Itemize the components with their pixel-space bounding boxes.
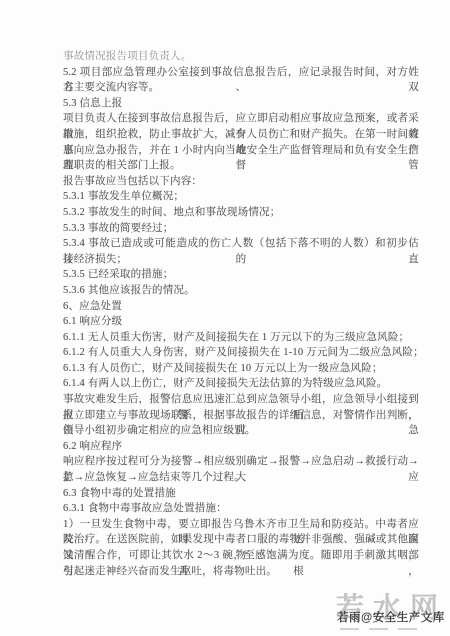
- doc-line: 5.3.4 事故已造成或可能造成的伤亡人数（包括下落不明的人数）和初步估计的直: [63, 236, 419, 252]
- doc-line: 事故情况报告项目负责人。: [63, 49, 419, 65]
- doc-line: 6.1.3 有人员伤亡，财产及间接损失在 10 万元以上为一级应急风险；: [63, 361, 419, 377]
- doc-line: 响应程序按过程可分为接警→相应级别确定→报警→应急启动→救援行动→扩大应: [63, 454, 419, 470]
- doc-line: 6、应急处置: [63, 299, 419, 315]
- doc-line: 5.3 信息上报: [63, 96, 419, 112]
- doc-line: 5.3.2 事故发生的时间、地点和事故现场情况；: [63, 205, 419, 221]
- doc-line: 院治疗。在送医院前，如果发现中毒者口服的毒物并非强酸、强碱或其他腐蚀物，: [63, 532, 419, 548]
- watermark: 若水网 若雨@安全生产文库: [328, 586, 448, 636]
- doc-line: 5.3.1 事故发生单位概况；: [63, 189, 419, 205]
- doc-line: 息向应急办报告，并在 1 小时内向当地安全生产监督管理局和负有安全生产监督管: [63, 143, 419, 159]
- doc-line: 6.1.2 有人员重大人身伤害，财产及间接损失在 1-10 万元间为二级应急风险…: [63, 345, 419, 361]
- doc-line: 6.1.4 有两人以上伤亡，财产及间接损失无法估算的为特级应急风险。: [63, 376, 419, 392]
- watermark-smudge-marks: [340, 628, 450, 630]
- doc-line: 5.3.6 其他应该报告的情况。: [63, 283, 419, 299]
- doc-line: 事故灾难发生后，报警信息应迅速汇总到应急领导小组，应急领导小组接到报警后，: [63, 392, 419, 408]
- doc-line: 6.3 食物中毒的处置措施: [63, 486, 419, 502]
- doc-line: 报告事故应当包括以下内容：: [63, 174, 419, 190]
- doc-line: 6.3.1 食物中毒事故应急处置措施：: [63, 501, 419, 517]
- document-page: 事故情况报告项目负责人。 5.2 项目部应急管理办公室接到事故信息报告后，应记录…: [0, 0, 450, 636]
- document-body: 事故情况报告项目负责人。 5.2 项目部应急管理办公室接到事故信息报告后，应记录…: [63, 49, 419, 579]
- doc-line: 应立即建立与事故现场联系，根据事故报告的详细信息，对警情作出判断，由应急: [63, 408, 419, 424]
- doc-line: 6.2 响应程序: [63, 439, 419, 455]
- doc-line: 6.1 响应分级: [63, 314, 419, 330]
- doc-line: 5.2 项目部应急管理办公室接到事故信息报告后，应记录报告时间，对方姓名、双: [63, 65, 419, 81]
- doc-line: 项目负责人在接到事故信息报告后，应立即启动相应事故应急预案，或者采取有效: [63, 111, 419, 127]
- doc-line: 又清醒合作，可即让其饮水 2～3 碗，至感饱满为度。随即用手刺激其咽部与舌根，: [63, 548, 419, 564]
- doc-line: 1）一旦发生食物中毒，要立即报告乌鲁木齐市卫生局和防疫站。中毒者应及时送医: [63, 517, 419, 533]
- doc-line: 5.3.5 已经采取的措施；: [63, 267, 419, 283]
- watermark-overlay-text: 若雨@安全生产文库: [337, 609, 445, 625]
- doc-line: 措施，组织抢救，防止事故扩大，减少人员伤亡和财产损失。在第一时间将事故信: [63, 127, 419, 143]
- doc-line: 6.1.1 无人员重大伤害，财产及间接损失在 1 万元以下的为三级应急风险；: [63, 330, 419, 346]
- doc-line: 5.3.3 事故的简要经过；: [63, 221, 419, 237]
